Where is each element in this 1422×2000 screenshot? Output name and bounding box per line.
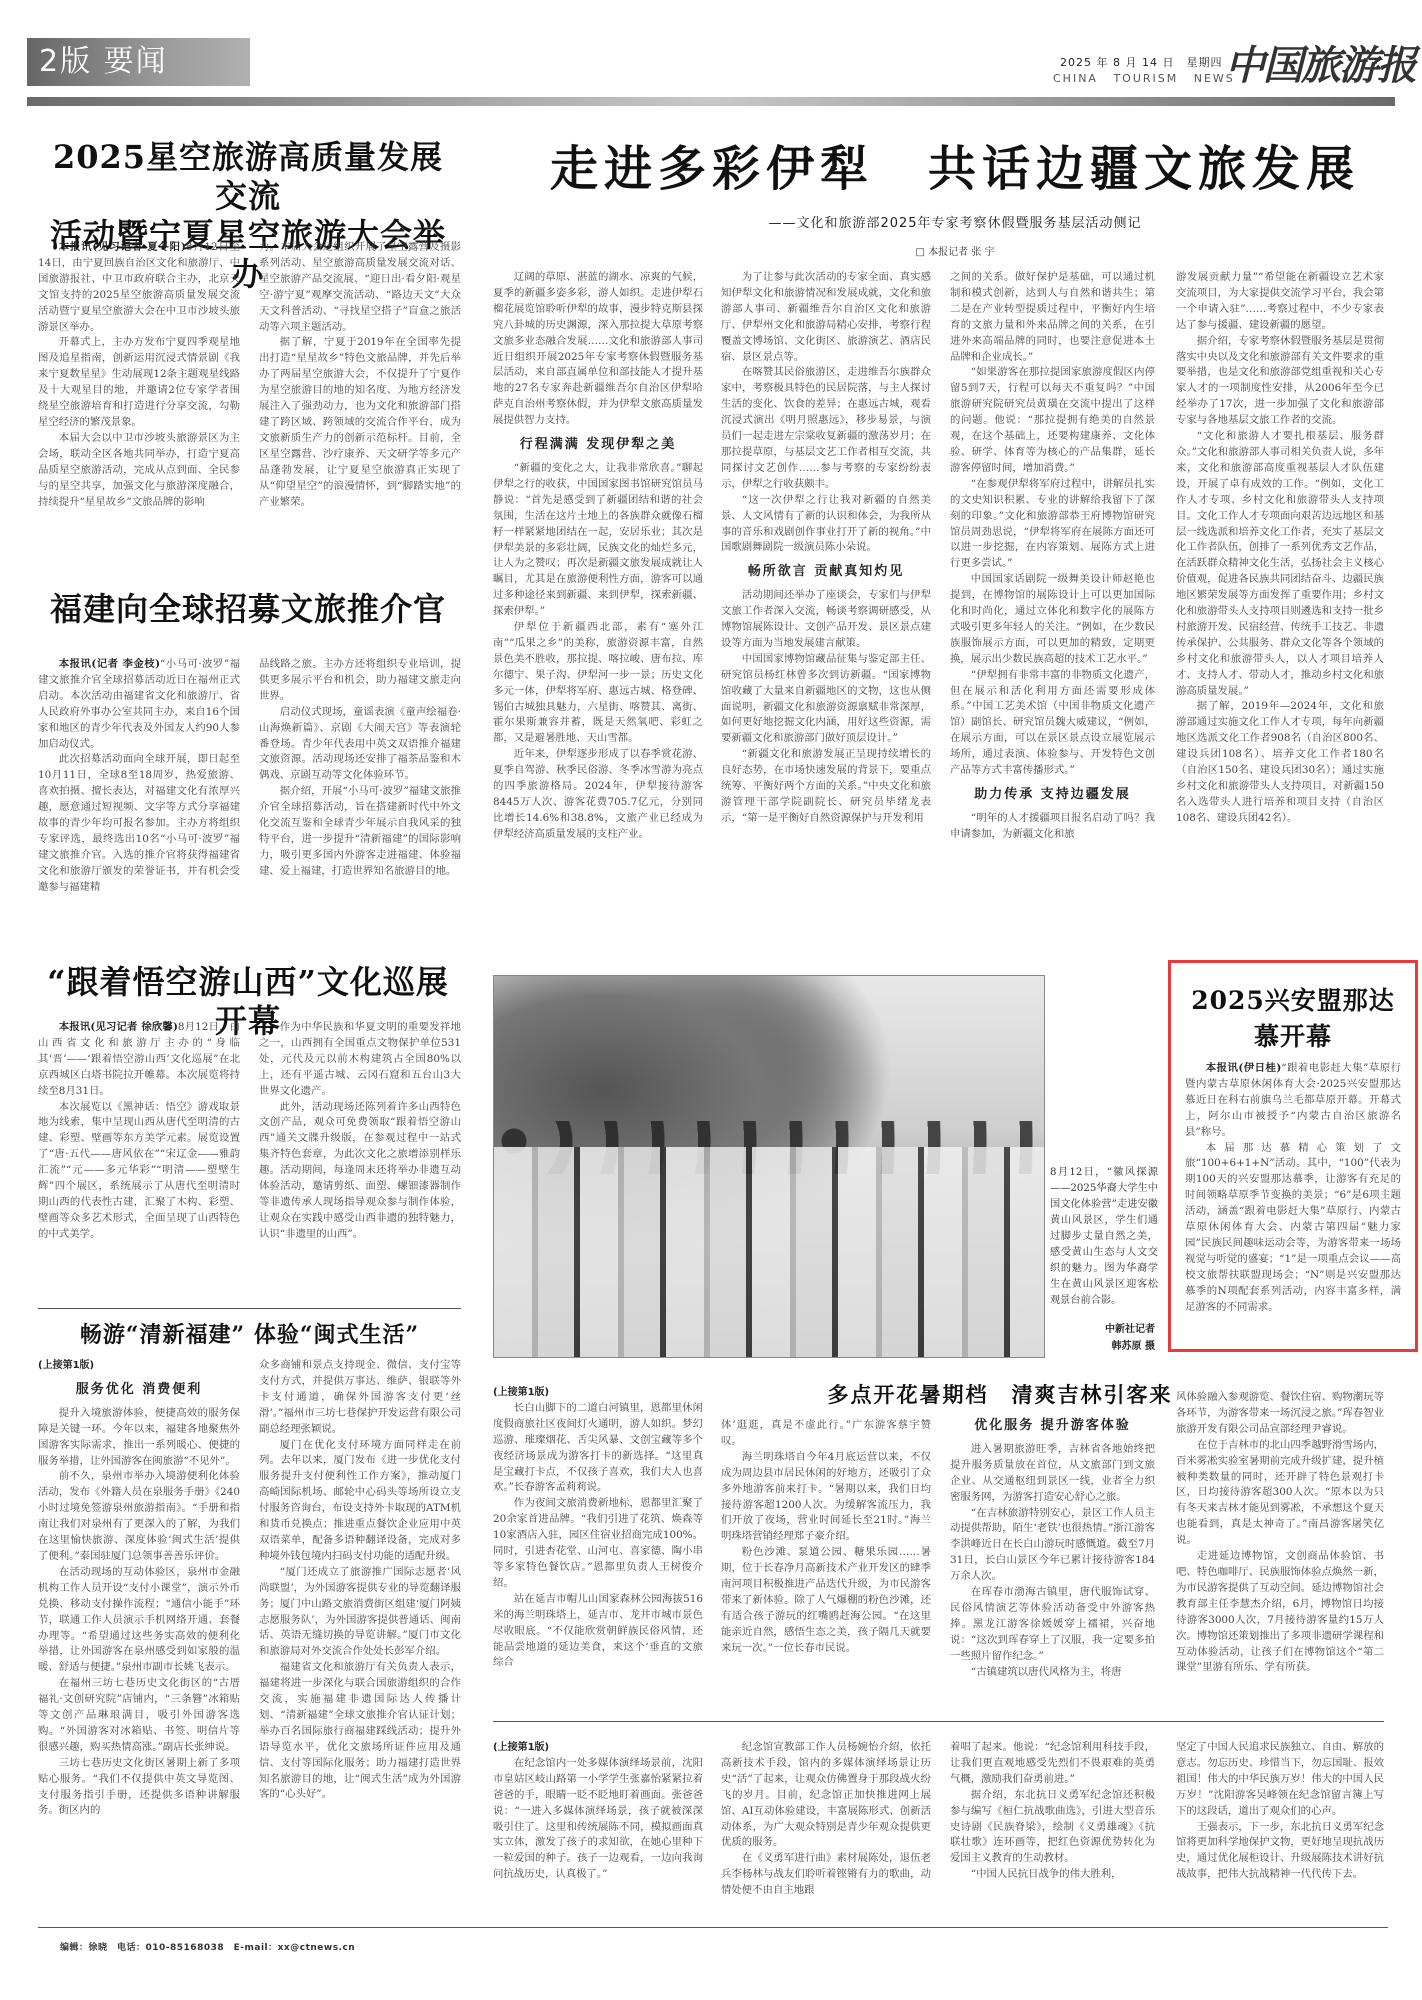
paragraph: “古镇建筑以唐代风格为主，将唐 xyxy=(950,1665,1155,1681)
subheading: 服务优化 消费便利 xyxy=(38,1382,240,1398)
paragraph: 王强表示，下一步，东北抗日义勇军纪念馆将更加科学地保护文物，更好地呈现抗战历史，… xyxy=(1176,1820,1384,1884)
yili-col-3: 之间的关系。做好保护是基础，可以通过机制和模式创新，达到人与自然和谐共生；第二是… xyxy=(950,270,1155,843)
paragraph: 为了让参与此次活动的专家全面、真实感知伊犁文化和旅游情况和发展成就，文化和旅游部… xyxy=(721,270,931,365)
subheading: 助力传承 支持边疆发展 xyxy=(950,787,1155,803)
memorial-col-3: 着唱了起来。他说：“纪念馆利用科技手段，让我们更直观地感受先烈们不畏艰难的英勇气… xyxy=(950,1740,1155,1883)
paragraph: 品线路之旅。主办方还将组织专业培训，提供更多展示平台和机会，助力福建文旅走向世界… xyxy=(259,657,461,705)
paragraph: 辽阔的草原、湛蓝的湖水、凉爽的气候，夏季的新疆多姿多彩，游人如织。走进伊犁石榴花… xyxy=(493,270,703,429)
paragraph: 走进延边博物馆，文创商品体验馆、书吧、特色咖啡厅、民族服饰体验点焕然一新，为市民… xyxy=(1176,1549,1384,1676)
paragraph: 粉色沙滩、泵道公园、糖果乐园……暑期，位于长春净月高新技术产业开发区的肆季南河项… xyxy=(721,1545,931,1656)
paragraph: 活动期间还举办了座谈会，专家们与伊犁文旅工作者深入交流，畅谈考察调研感受，从博物… xyxy=(721,588,931,652)
paragraph: “明年的人才援疆项目报名启动了吗？我申请参加，为新疆文化和旅 xyxy=(950,811,1155,843)
paragraph: 提升入境旅游体验，便捷高效的服务保障是关键一环。今年以来，福建各地聚焦外国游客实… xyxy=(38,1406,240,1470)
fujian-recruit-col-2: 品线路之旅。主办方还将组织专业培训，提供更多展示平台和机会，助力福建文旅走向世界… xyxy=(259,657,461,880)
paragraph: “新疆文化和旅游发展正呈现持续增长的良好态势，在市场快速发展的背景下，要重点统筹… xyxy=(721,747,931,827)
paragraph: 前不久，泉州市举办入境游便利化体验活动，发布《外籍人员在泉服务手册》《240小时… xyxy=(38,1469,240,1564)
paragraph: 纪念馆宣教部工作人员杨婉怡介绍，依托高新技术手段，馆内的多媒体演绎场景让历史“活… xyxy=(721,1740,931,1851)
photo-credit-org: 中新社记者 xyxy=(1050,1320,1155,1335)
shanxi-col-2: 作为中华民族和华夏文明的重要发祥地之一，山西拥有全国重点文物保护单位531处，元… xyxy=(259,1020,461,1243)
masthead-rule xyxy=(27,97,1395,106)
highlighted-article-box: 2025兴安盟那达慕开幕 本报讯(伊日桂)“跟着电影赶大集”草原行暨内蒙古草原休… xyxy=(1168,960,1418,1352)
paragraph: 8月12日至14日，由宁夏回族自治区文化和旅游厅、中国旅游报社、中卫市政府联合主… xyxy=(38,241,240,333)
photo-caption: 8月12日，“徽风探源——2025华裔大学生中国文化体验营”走进安徽黄山风景区，… xyxy=(1050,1165,1158,1309)
issue-date: 2025 年 8 月 14 日 星期四 xyxy=(1060,54,1222,70)
paragraph: 作为夜间文旅消费新地标，恩都里汇聚了20余家首进品牌。“我们引进了花筑、焕森等1… xyxy=(493,1496,703,1591)
subheading: 优化服务 提升游客体验 xyxy=(950,1418,1155,1434)
lead-byline: 本报讯(记者 李金枝) xyxy=(59,658,160,670)
jilin-col-4: 风体验融入参观游览、餐饮住宿、购物潮玩等各环节，为游客带来一场沉浸之旅。”珲春智… xyxy=(1176,1390,1384,1676)
paragraph: “在参观伊犁将军府过程中，讲解员扎实的文史知识积累、专业的讲解给我留下了深刻的印… xyxy=(950,477,1155,572)
paragraph: 厦门在优化支付环境方面同样走在前列。去年以来，厦门发布《进一步优化支付服务提升支… xyxy=(259,1438,461,1565)
footer-rule xyxy=(38,1927,1388,1928)
paragraph: 本届那达慕精心策划了文旅“100+6+1+N”活动。其中，“100”代表为期10… xyxy=(1185,1141,1401,1316)
paragraph: 此外，活动现场还陈列着许多山西特色文创产品，观众可免费领取“跟着悟空游山西”通关… xyxy=(259,1100,461,1243)
paragraph: “这一次伊犁之行让我对新疆的自然美景、人文风情有了新的认识和体会，为我所从事的音… xyxy=(721,493,931,557)
paragraph: 之间的关系。做好保护是基础，可以通过机制和模式创新，达到人与自然和谐共生；第二是… xyxy=(950,270,1155,365)
paragraph: 启动仪式现场，童谣表演《童声绘福卷·山海焕新篇》、京剧《大闹天宫》等表演轮番登场… xyxy=(259,705,461,785)
paragraph: 海兰明珠塔自今年4月底运营以来，不仅成为周边县市居民休闲的好地方，还吸引了众多外… xyxy=(721,1450,931,1545)
paragraph: 三坊七巷历史文化街区暑期上新了多项贴心服务。“我们不仅提供中英文导览图、支付服务… xyxy=(38,1756,240,1820)
photo-people-bodies xyxy=(494,1147,1044,1357)
paragraph: “在吉林旅游特别安心，景区工作人员主动提供帮助，陌生‘老铁’也很热情。”浙江游客… xyxy=(950,1506,1155,1586)
paragraph: “如果游客在那拉提国家旅游度假区内停留5到7天，行程可以每天不重复吗？”中国旅游… xyxy=(950,365,1155,476)
paragraph: 风体验融入参观游览、餐饮住宿、购物潮玩等各环节，为游客带来一场沉浸之旅。”珲春智… xyxy=(1176,1390,1384,1438)
paragraph: 游发展贡献力量”“希望能在新疆设立艺术家交流项目，为大家提供交流学习平台，我会第… xyxy=(1176,270,1384,334)
paragraph: 近年来，伊犁逐步形成了以春季赏花游、夏季自驾游、秋季民俗游、冬季冰雪游为亮点的四… xyxy=(493,747,703,842)
paragraph: 据介绍，东北抗日义勇军纪念馆还积极参与编写《桓仁抗战歌曲选》，引进大型音乐史诗剧… xyxy=(950,1788,1155,1868)
memorial-col-1: (上接第1版) 在纪念馆内一处多媒体演绎场景前，沈阳市皇姑区岐山路第一小学学生张… xyxy=(493,1740,703,1883)
fujian-life-col-1: (上接第1版) 服务优化 消费便利 提升入境旅游体验，便捷高效的服务保障是关键一… xyxy=(38,1358,240,1819)
paragraph: 站在延吉市帽儿山国家森林公园海拔516米的海兰明珠塔上，延吉市、龙井市城市景色尽… xyxy=(493,1592,703,1672)
main-headline: 走进多彩伊犁 共话边疆文旅发展 xyxy=(490,130,1420,199)
paragraph: “厦门还成立了旅游推广国际志愿者‘风尚联盟’，为外国游客提供专业的导览翻译服务；… xyxy=(259,1565,461,1660)
paragraph: 据了解，宁夏于2019年在全国率先提出打造“星星故乡”特色文旅品牌，并先后举办了… xyxy=(259,335,461,510)
paragraph: 在活动现场的互动体验区，泉州市金融机构工作人员开设“支付小课堂”，演示外币兑换、… xyxy=(38,1565,240,1676)
paragraph: 据了解，2019年—2024年，文化和旅游部通过实施文化工作人才专项，每年向新疆… xyxy=(1176,699,1384,826)
continued-from-label: (上接第1版) xyxy=(493,1740,703,1756)
lead-byline: 本报讯(伊日桂) xyxy=(1206,1062,1281,1074)
starry-col-2: 力。本届大会还组织开展了星空露营及摄影系列活动、星空旅游高质量发展交流对话、星空… xyxy=(259,240,461,510)
paper-english-name: CHINA TOURISM NEWS xyxy=(1053,72,1235,85)
lead-byline: 本报讯(见习记者 徐欣馨) xyxy=(59,1021,178,1033)
subheading: 畅所欲言 贡献真知灼见 xyxy=(721,564,931,580)
headline: 福建向全球招募文旅推介官 xyxy=(38,590,458,629)
jilin-col-1: (上接第1版) 长白山脚下的二道白河镇里，恩都里休闲度假商旅社区夜间灯火通明，游… xyxy=(493,1385,703,1671)
continued-from-label: (上接第1版) xyxy=(38,1358,240,1374)
editor-contact: 编辑：徐晓 电话：010-85168038 E-mail：xx@ctnews.c… xyxy=(60,1940,355,1953)
paragraph: “小马可·波罗”福建文旅推介官全球招募活动近日在福州正式启动。本次活动由福建省文… xyxy=(38,658,240,750)
paragraph: 在纪念馆内一处多媒体演绎场景前，沈阳市皇姑区岐山路第一小学学生张嘉怡紧紧拉着爸爸… xyxy=(493,1756,703,1883)
yili-col-1: 辽阔的草原、湛蓝的湖水、凉爽的气候，夏季的新疆多姿多彩，游人如织。走进伊犁石榴花… xyxy=(493,270,703,843)
starry-col-1: 本报讯(见习记者 夏冬阳)8月12日至14日，由宁夏回族自治区文化和旅游厅、中国… xyxy=(38,240,240,510)
headline: 2025兴安盟那达慕开幕 xyxy=(1185,981,1401,1053)
news-photo xyxy=(493,975,1045,1358)
paragraph: “伊犁拥有非常丰富的非物质文化遗产，但在展示和活化利用方面还需要形成体系。”中国… xyxy=(950,668,1155,779)
headline-line-1: 2025星空旅游高质量发展交流 xyxy=(53,138,443,215)
continued-from-label: (上接第1版) xyxy=(493,1385,703,1401)
shanxi-col-1: 本报讯(见习记者 徐欣馨)8月12日，由山西省文化和旅游厅主办的“身临其‘晋’—… xyxy=(38,1020,240,1243)
section-label: 2版 要闻 xyxy=(27,38,250,86)
headline: 畅游“清新福建” 体验“闽式生活” xyxy=(38,1322,461,1349)
paragraph: 据介绍，专家考察休假暨服务基层是贯彻落实中央以及文化和旅游部有关文件要求的重要举… xyxy=(1176,334,1384,429)
paragraph: 在福州三坊七巷历史文化街区的“古厝福礼·文创研究院”店铺内，“三条簪”冰箱贴等文… xyxy=(38,1676,240,1756)
paragraph: 在位于吉林市的北山四季越野滑雪场内，百米雾凇实验室暑期前完成升级扩建，提升植被种… xyxy=(1176,1438,1384,1549)
jilin-col-3: 优化服务 提升游客体验 进入暑期旅游旺季，吉林省各地始终把提升服务质量放在首位，… xyxy=(950,1418,1155,1681)
paragraph: 福建省文化和旅游厅有关负责人表示，福建将进一步深化与联合国旅游组织的合作交流，实… xyxy=(259,1660,461,1803)
paragraph: 着唱了起来。他说：“纪念馆利用科技手段，让我们更直观地感受先烈们不畏艰难的英勇气… xyxy=(950,1740,1155,1788)
fujian-life-col-2: 众多商铺和景点支持现金、微信、支付宝等支付方式，并提供万事达、维萨、银联等外卡支… xyxy=(259,1358,461,1803)
newspaper-logo: 中国旅游报 xyxy=(1225,34,1415,91)
subheading: 行程满满 发现伊犁之美 xyxy=(493,437,703,453)
paragraph: 在珲春市渤海古镇里，唐代服饰试穿、民俗风情演艺等体验活动备受中外游客热捧。黑龙江… xyxy=(950,1585,1155,1665)
jilin-col-2: 体’逛逛，真是不虚此行。”广东游客蔡宇赞叹。 海兰明珠塔自今年4月底运营以来，不… xyxy=(721,1418,931,1657)
paragraph: 据介绍，开展“小马可·波罗”福建文旅推介官全球招募活动，旨在搭建新时代中外文化交… xyxy=(259,784,461,879)
paragraph: 坚定了中国人民追求民族独立、自由、解放的意志。勿忘历史、珍惜当下，勿忘国耻、报效… xyxy=(1176,1740,1384,1820)
divider xyxy=(493,1721,1384,1722)
photo-credit-name: 韩苏原 摄 xyxy=(1050,1337,1155,1352)
hinggan-body: 本报讯(伊日桂)“跟着电影赶大集”草原行暨内蒙古草原休闲体育大会·2025兴安盟… xyxy=(1185,1061,1401,1316)
paragraph: 中国国家话剧院一级舞美设计师赵艳也提到，在博物馆的展陈设计上可以更加国际化和时尚… xyxy=(950,572,1155,667)
paragraph: 中国国家博物馆藏品征集与鉴定部主任、研究馆员杨红林曾多次到访新疆。“国家博物馆收… xyxy=(721,652,931,747)
main-byline: □ 本报记者 张 宇 xyxy=(490,243,1420,258)
paragraph: 众多商铺和景点支持现金、微信、支付宝等支付方式，并提供万事达、维萨、银联等外卡支… xyxy=(259,1358,461,1438)
paragraph: 在喀赞其民俗旅游区，走进维吾尔族群众家中，考察极具特色的民居院落，与主人探讨生活… xyxy=(721,365,931,492)
paragraph: 力。本届大会还组织开展了星空露营及摄影系列活动、星空旅游高质量发展交流对话、星空… xyxy=(259,240,461,335)
fujian-recruit-col-1: 本报讯(记者 李金枝)“小马可·波罗”福建文旅推介官全球招募活动近日在福州正式启… xyxy=(38,657,240,896)
paragraph: 本届大会以中卫市沙坡头旅游景区为主会场，联动全区各地共同举办，打造宁夏高品质星空… xyxy=(38,431,240,511)
memorial-col-2: 纪念馆宣教部工作人员杨婉怡介绍，依托高新技术手段，馆内的多媒体演绎场景让历史“活… xyxy=(721,1740,931,1899)
paragraph: “新疆的变化之大，让我非常欣喜。”聊起伊犁之行的收获，中国国家图书馆研究馆员马静… xyxy=(493,461,703,620)
paragraph: 进入暑期旅游旺季，吉林省各地始终把提升服务质量放在首位，从文旅部门到文旅企业、从… xyxy=(950,1442,1155,1506)
paragraph: 本次展览以《黑神话：悟空》游戏取景地为线索，集中呈现山西从唐代至明清的古建、彩塑… xyxy=(38,1100,240,1243)
paragraph: 作为中华民族和华夏文明的重要发祥地之一，山西拥有全国重点文物保护单位531处，元… xyxy=(259,1020,461,1100)
divider xyxy=(38,1308,461,1309)
main-subtitle: ——文化和旅游部2025年专家考察休假暨服务基层活动侧记 xyxy=(490,212,1420,231)
paragraph: 此次招募活动面向全球开展，即日起至10月11日，全球8至18周岁，热爱旅游、喜欢… xyxy=(38,752,240,895)
yili-col-4: 游发展贡献力量”“希望能在新疆设立艺术家交流项目，为大家提供交流学习平台，我会第… xyxy=(1176,270,1384,827)
paragraph: 长白山脚下的二道白河镇里，恩都里休闲度假商旅社区夜间灯火通明，游人如织。梦幻巡游… xyxy=(493,1401,703,1496)
paragraph: “中国人民抗日战争的伟大胜利， xyxy=(950,1867,1155,1883)
paragraph: 伊犁位于新疆西北部，素有“塞外江南”“瓜果之乡”的美称，旅游资源丰富，自然景色美… xyxy=(493,620,703,747)
paragraph: 体’逛逛，真是不虚此行。”广东游客蔡宇赞叹。 xyxy=(721,1418,931,1450)
paragraph: 开幕式上，主办方发布宁夏四季观星地图及追星指南，创新运用沉浸式情景剧《我来宁夏数… xyxy=(38,335,240,430)
paragraph: 在《义勇军进行曲》素材展陈处，退伍老兵李杨林与战友们聆听着铿锵有力的歌曲，动情处… xyxy=(721,1851,931,1899)
memorial-col-4: 坚定了中国人民追求民族独立、自由、解放的意志。勿忘历史、珍惜当下，勿忘国耻、报效… xyxy=(1176,1740,1384,1883)
yili-col-2: 为了让参与此次活动的专家全面、真实感知伊犁文化和旅游情况和发展成就，文化和旅游部… xyxy=(721,270,931,827)
paragraph: “文化和旅游人才要扎根基层、服务群众。”文化和旅游部人事司相关负责人说，多年来，… xyxy=(1176,429,1384,699)
lead-byline: 本报讯(见习记者 夏冬阳) xyxy=(59,241,186,253)
